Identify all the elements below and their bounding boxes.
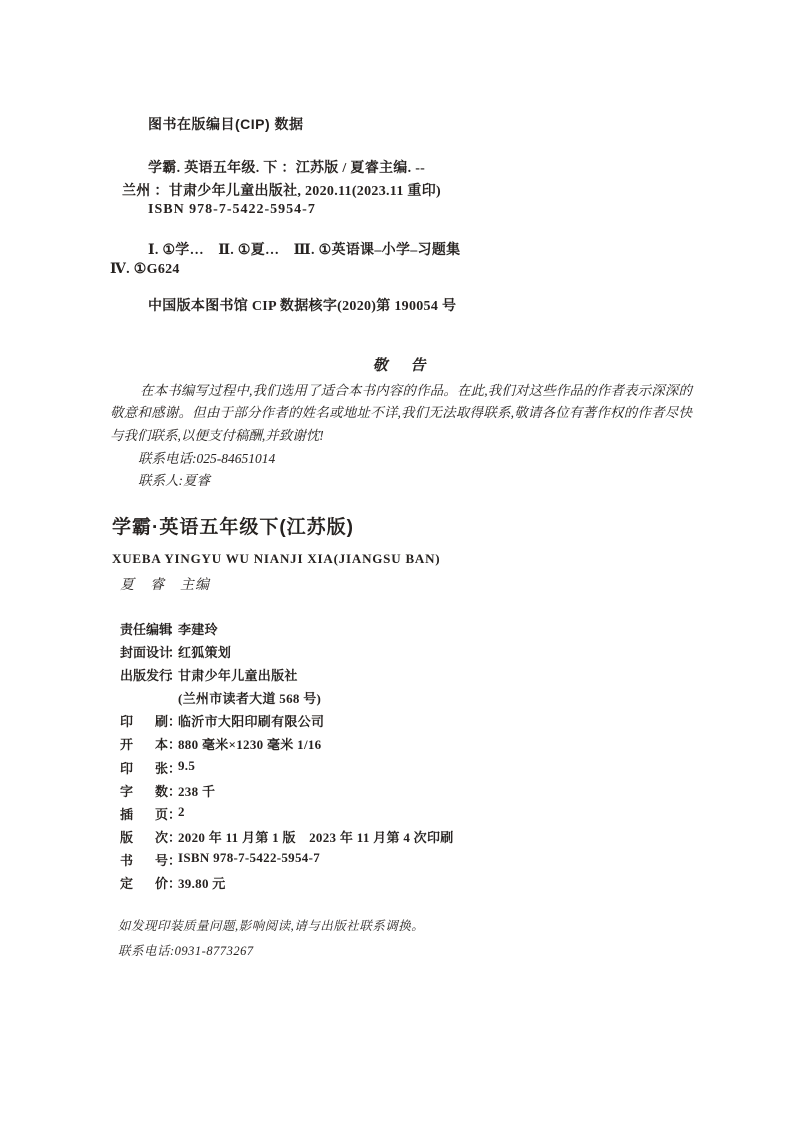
colophon-colon: ： — [168, 873, 178, 892]
colophon-label: 印张 — [120, 758, 168, 777]
colophon-value: 9.5 — [178, 758, 195, 773]
colophon-row-format: 开本：880 毫米×1230 毫米 1/16 — [120, 734, 454, 757]
colophon-label: 书号 — [120, 850, 168, 869]
colophon-value: 2020 年 11 月第 1 版 2023 年 11 月第 4 次印刷 — [178, 830, 454, 845]
quality-notice-phone: 联系电话:0931-8773267 — [118, 941, 254, 959]
notice-contact-phone: 联系电话:025-84651014 — [138, 447, 275, 467]
colophon-value: 2 — [178, 804, 185, 819]
colophon-colon: ： — [168, 781, 178, 800]
cip-classification-line1: Ⅰ. ①学… Ⅱ. ①夏… Ⅲ. ①英语课–小学–习题集 — [148, 239, 460, 259]
cip-header: 图书在版编目(CIP) 数据 — [148, 114, 304, 134]
colophon-label: 责任编辑 — [120, 619, 168, 638]
cip-record-number: 中国版本图书馆 CIP 数据核字(2020)第 190054 号 — [148, 295, 456, 315]
colophon-row-cover-design: 封面设计：红狐策划 — [120, 642, 454, 665]
colophon-row-sheets: 印张：9.5 — [120, 758, 454, 781]
colophon-label: 版次 — [120, 827, 168, 846]
colophon-colon: ： — [168, 734, 178, 753]
colophon-value: 李建玲 — [178, 622, 218, 637]
colophon-list: 责任编辑：李建玲 封面设计：红狐策划 出版发行：甘肃少年儿童出版社 (兰州市读者… — [120, 619, 454, 896]
cip-description-line2: 兰州 ：甘肃少年儿童出版社, 2020.11(2023.11 重印) — [122, 180, 441, 200]
colophon-row-printer: 印刷：临沂市大阳印刷有限公司 — [120, 711, 454, 734]
colophon-label: 出版发行 — [120, 665, 168, 684]
notice-title: 敬 告 — [110, 354, 692, 375]
colophon-label: 封面设计 — [120, 642, 168, 661]
quality-notice: 如发现印装质量问题,影响阅读,请与出版社联系调换。 — [118, 916, 424, 934]
colophon-label: 字数 — [120, 781, 168, 800]
cip-classification-line2: Ⅳ. ①G624 — [110, 261, 180, 278]
colophon-label: 开本 — [120, 734, 168, 753]
colophon-value: 238 千 — [178, 784, 215, 799]
colophon-value: 临沂市大阳印刷有限公司 — [178, 714, 324, 729]
colophon-colon: ： — [168, 642, 178, 661]
colophon-colon: ： — [168, 804, 178, 823]
colophon-row-inserts: 插页：2 — [120, 804, 454, 827]
cip-isbn-line: ISBN 978-7-5422-5954-7 — [148, 202, 316, 218]
colophon-row-edition: 版次：2020 年 11 月第 1 版 2023 年 11 月第 4 次印刷 — [120, 827, 454, 850]
colophon-row-isbn: 书号：ISBN 978-7-5422-5954-7 — [120, 850, 454, 873]
colophon-label: 定价 — [120, 873, 168, 892]
book-title: 学霸·英语五年级下(江苏版) — [112, 512, 354, 539]
colophon-value: 39.80 元 — [178, 876, 226, 891]
colophon-row-word-count: 字数：238 千 — [120, 781, 454, 804]
colophon-row-editor: 责任编辑：李建玲 — [120, 619, 454, 642]
book-title-pinyin: XUEBA YINGYU WU NIANJI XIA(JIANGSU BAN) — [112, 551, 440, 567]
colophon-row-publisher-address: (兰州市读者大道 568 号) — [120, 688, 454, 711]
book-editor: 夏 睿 主编 — [120, 574, 210, 594]
colophon-value: 红狐策划 — [178, 645, 231, 660]
colophon-colon: ： — [168, 665, 178, 684]
colophon-colon: ： — [168, 758, 178, 777]
colophon-colon: ： — [168, 850, 178, 869]
colophon-row-publisher: 出版发行：甘肃少年儿童出版社 — [120, 665, 454, 688]
colophon-label: 印刷 — [120, 711, 168, 730]
colophon-value: 880 毫米×1230 毫米 1/16 — [178, 737, 321, 752]
cip-description-line1: 学霸. 英语五年级. 下 ：江苏版 / 夏睿主编. -- — [148, 157, 425, 177]
book-copyright-page: 图书在版编目(CIP) 数据 学霸. 英语五年级. 下 ：江苏版 / 夏睿主编.… — [0, 0, 800, 1122]
notice-body: 在本书编写过程中,我们选用了适合本书内容的作品。在此,我们对这些作品的作者表示深… — [110, 380, 692, 447]
colophon-value: ISBN 978-7-5422-5954-7 — [178, 850, 320, 865]
colophon-colon: ： — [168, 619, 178, 638]
colophon-value: (兰州市读者大道 568 号) — [178, 691, 321, 706]
notice-contact-person: 联系人:夏睿 — [138, 469, 210, 489]
colophon-row-price: 定价：39.80 元 — [120, 873, 454, 896]
colophon-colon: ： — [168, 827, 178, 846]
colophon-value: 甘肃少年儿童出版社 — [178, 668, 298, 683]
colophon-colon: ： — [168, 711, 178, 730]
colophon-label: 插页 — [120, 804, 168, 823]
